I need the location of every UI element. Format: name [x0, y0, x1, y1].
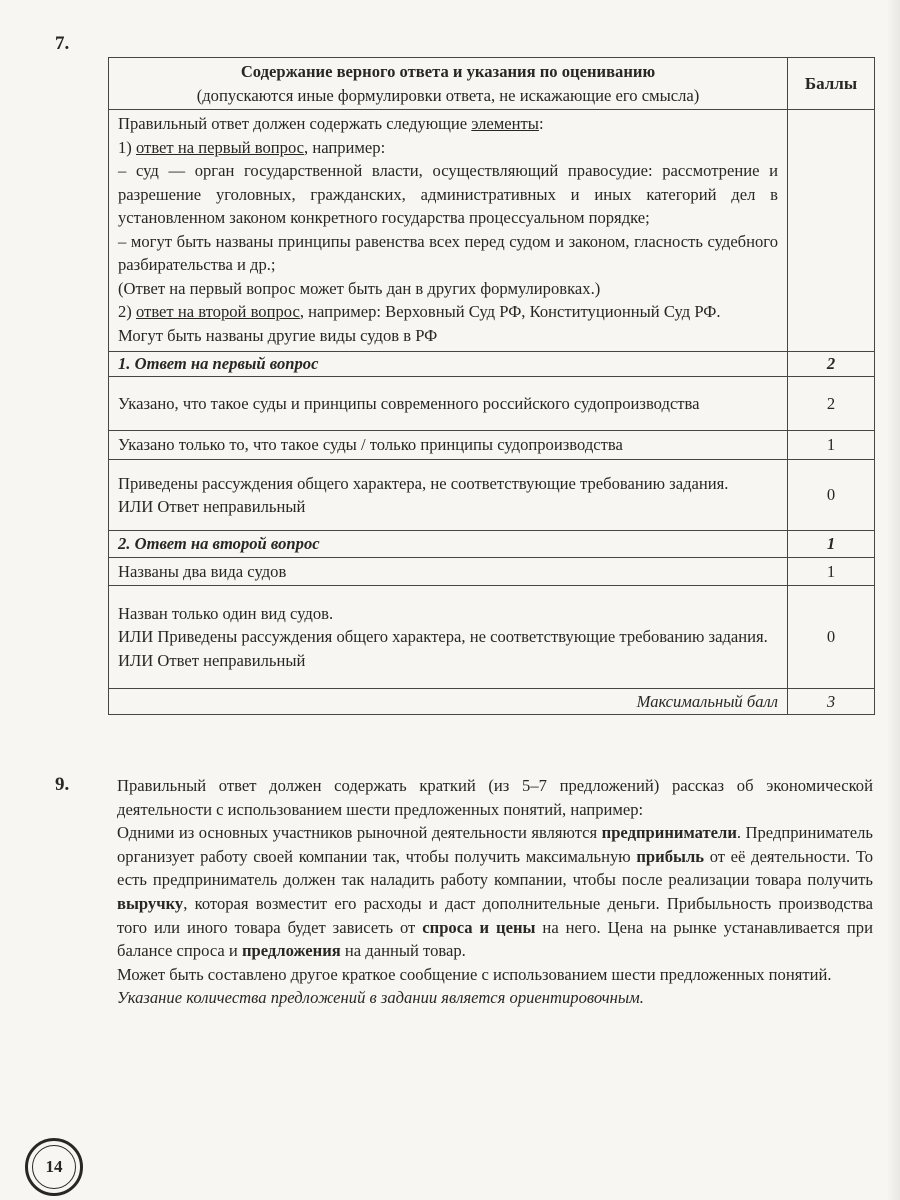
criterion-row: Приведены рассуждения общего характера, …	[109, 460, 875, 531]
score-column-header: Баллы	[788, 58, 875, 110]
content-header-line2: (допускаются иные формулировки ответа, н…	[118, 84, 778, 108]
q2-heading: 2) ответ на второй вопрос, например: Вер…	[118, 300, 778, 324]
criterion-line: ИЛИ Ответ неправильный	[118, 649, 778, 673]
q1-note: (Ответ на первый вопрос может быть дан в…	[118, 277, 778, 301]
task9-intro: Правильный ответ должен содержать кратки…	[117, 774, 873, 821]
criterion-title-row-2: 2. Ответ на второй вопрос 1	[109, 531, 875, 558]
intro-colon: :	[539, 114, 544, 133]
criterion-row: Назван только один вид судов. ИЛИ Привед…	[109, 586, 875, 689]
page-number: 14	[32, 1145, 76, 1189]
answer-elements-row: Правильный ответ должен содержать следую…	[109, 110, 875, 352]
task-number-9: 9.	[55, 774, 69, 796]
criterion-score: 2	[788, 377, 875, 431]
term-revenue: выручку	[117, 894, 183, 913]
table-header-row: Содержание верного ответа и указания по …	[109, 58, 875, 110]
criterion-text: Назван только один вид судов. ИЛИ Привед…	[109, 586, 788, 689]
criterion-score: 0	[788, 460, 875, 531]
task9-example: Одними из основных участников рыночной д…	[117, 821, 873, 963]
max-score-label: Максимальный балл	[109, 689, 788, 715]
criterion-text: Приведены рассуждения общего характера, …	[109, 460, 788, 531]
task9-alternative: Может быть составлено другое краткое соо…	[117, 963, 873, 987]
criterion-title-text: 2. Ответ на второй вопрос	[109, 531, 788, 558]
term-supply: предложения	[242, 941, 341, 960]
criterion-line: Назван только один вид судов.	[118, 602, 778, 626]
criterion-line: ИЛИ Ответ неправильный	[118, 495, 778, 519]
max-score-row: Максимальный балл 3	[109, 689, 875, 715]
criterion-text: Указано только то, что такое суды / толь…	[109, 431, 788, 460]
intro-text: Правильный ответ должен содержать следую…	[118, 114, 471, 133]
task9-answer-block: Правильный ответ должен содержать кратки…	[117, 774, 873, 1010]
example-text: на данный товар.	[341, 941, 466, 960]
q1-label: ответ на первый вопрос	[136, 138, 304, 157]
term-entrepreneurs: предприниматели	[602, 823, 737, 842]
criterion-line: ИЛИ Приведены рассуждения общего характе…	[118, 625, 778, 649]
criterion-title-score: 1	[788, 531, 875, 558]
intro-elements-underlined: элементы	[471, 114, 539, 133]
q1-heading: 1) ответ на первый вопрос, например:	[118, 136, 778, 160]
task9-note: Указание количества предложений в задани…	[117, 986, 873, 1010]
criterion-row: Названы два вида судов 1	[109, 558, 875, 586]
answer-elements-cell: Правильный ответ должен содержать следую…	[109, 110, 788, 352]
criterion-score: 0	[788, 586, 875, 689]
q2-post: , например: Верховный Суд РФ, Конституци…	[300, 302, 721, 321]
q2-label: ответ на второй вопрос	[136, 302, 300, 321]
criterion-score: 1	[788, 431, 875, 460]
criterion-row: Указано только то, что такое суды / толь…	[109, 431, 875, 460]
task7-scoring-table: Содержание верного ответа и указания по …	[108, 57, 875, 715]
q1-item-court-definition: – суд — орган государственной власти, ос…	[118, 159, 778, 230]
answer-key-page: 7. Содержание верного ответа и указания …	[0, 0, 900, 1200]
page-edge-shadow	[886, 0, 900, 1200]
criterion-title-score: 2	[788, 352, 875, 377]
criterion-title-text: 1. Ответ на первый вопрос	[109, 352, 788, 377]
criterion-text: Указано, что такое суды и принципы совре…	[109, 377, 788, 431]
term-demand-and-price: спроса и цены	[422, 918, 535, 937]
example-text: Одними из основных участников рыночной д…	[117, 823, 602, 842]
content-header-line1: Содержание верного ответа и указания по …	[118, 60, 778, 84]
criterion-title-row-1: 1. Ответ на первый вопрос 2	[109, 352, 875, 377]
content-column-header: Содержание верного ответа и указания по …	[109, 58, 788, 110]
q2-note: Могут быть названы другие виды судов в Р…	[118, 324, 778, 348]
max-score-value: 3	[788, 689, 875, 715]
page-number-badge: 14	[25, 1138, 83, 1196]
q1-item-principles: – могут быть названы принципы равенства …	[118, 230, 778, 277]
task-number-7: 7.	[55, 33, 69, 55]
criterion-line: Приведены рассуждения общего характера, …	[118, 472, 778, 496]
answer-intro: Правильный ответ должен содержать следую…	[118, 112, 778, 136]
q2-number: 2)	[118, 302, 136, 321]
answer-elements-score-cell	[788, 110, 875, 352]
q1-post: , например:	[304, 138, 385, 157]
criterion-row: Указано, что такое суды и принципы совре…	[109, 377, 875, 431]
q1-number: 1)	[118, 138, 136, 157]
term-profit: прибыль	[636, 847, 704, 866]
criterion-text: Названы два вида судов	[109, 558, 788, 586]
criterion-score: 1	[788, 558, 875, 586]
